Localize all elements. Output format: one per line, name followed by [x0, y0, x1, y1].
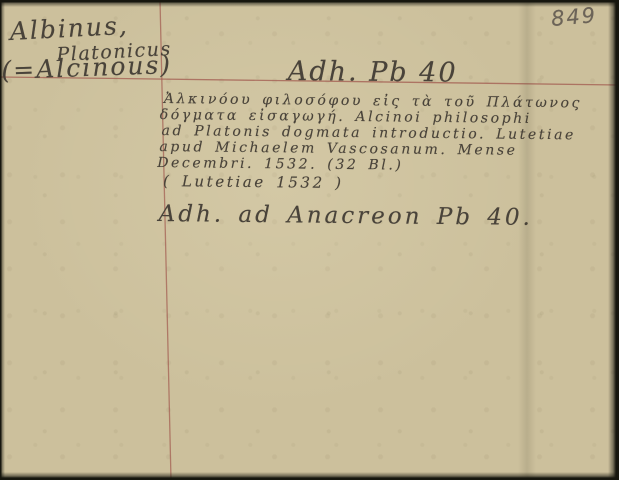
entry-text-block: Ἀλκινόου φιλοσόφου εἰς τὰ τοῦ Πλάτωνος δ… — [0, 0, 619, 480]
entry-line-place-note: ( Lutetiae 1532 ) — [163, 172, 344, 192]
entry-line-date-extent: Decembri. 1532. (32 Bl.) — [157, 155, 403, 174]
catalog-card: 849 Albinus, Platonicus (=Alcinous) Adh.… — [0, 0, 619, 480]
entry-reference-shelfmark: Adh. ad Anacreon Pb 40. — [159, 201, 533, 231]
